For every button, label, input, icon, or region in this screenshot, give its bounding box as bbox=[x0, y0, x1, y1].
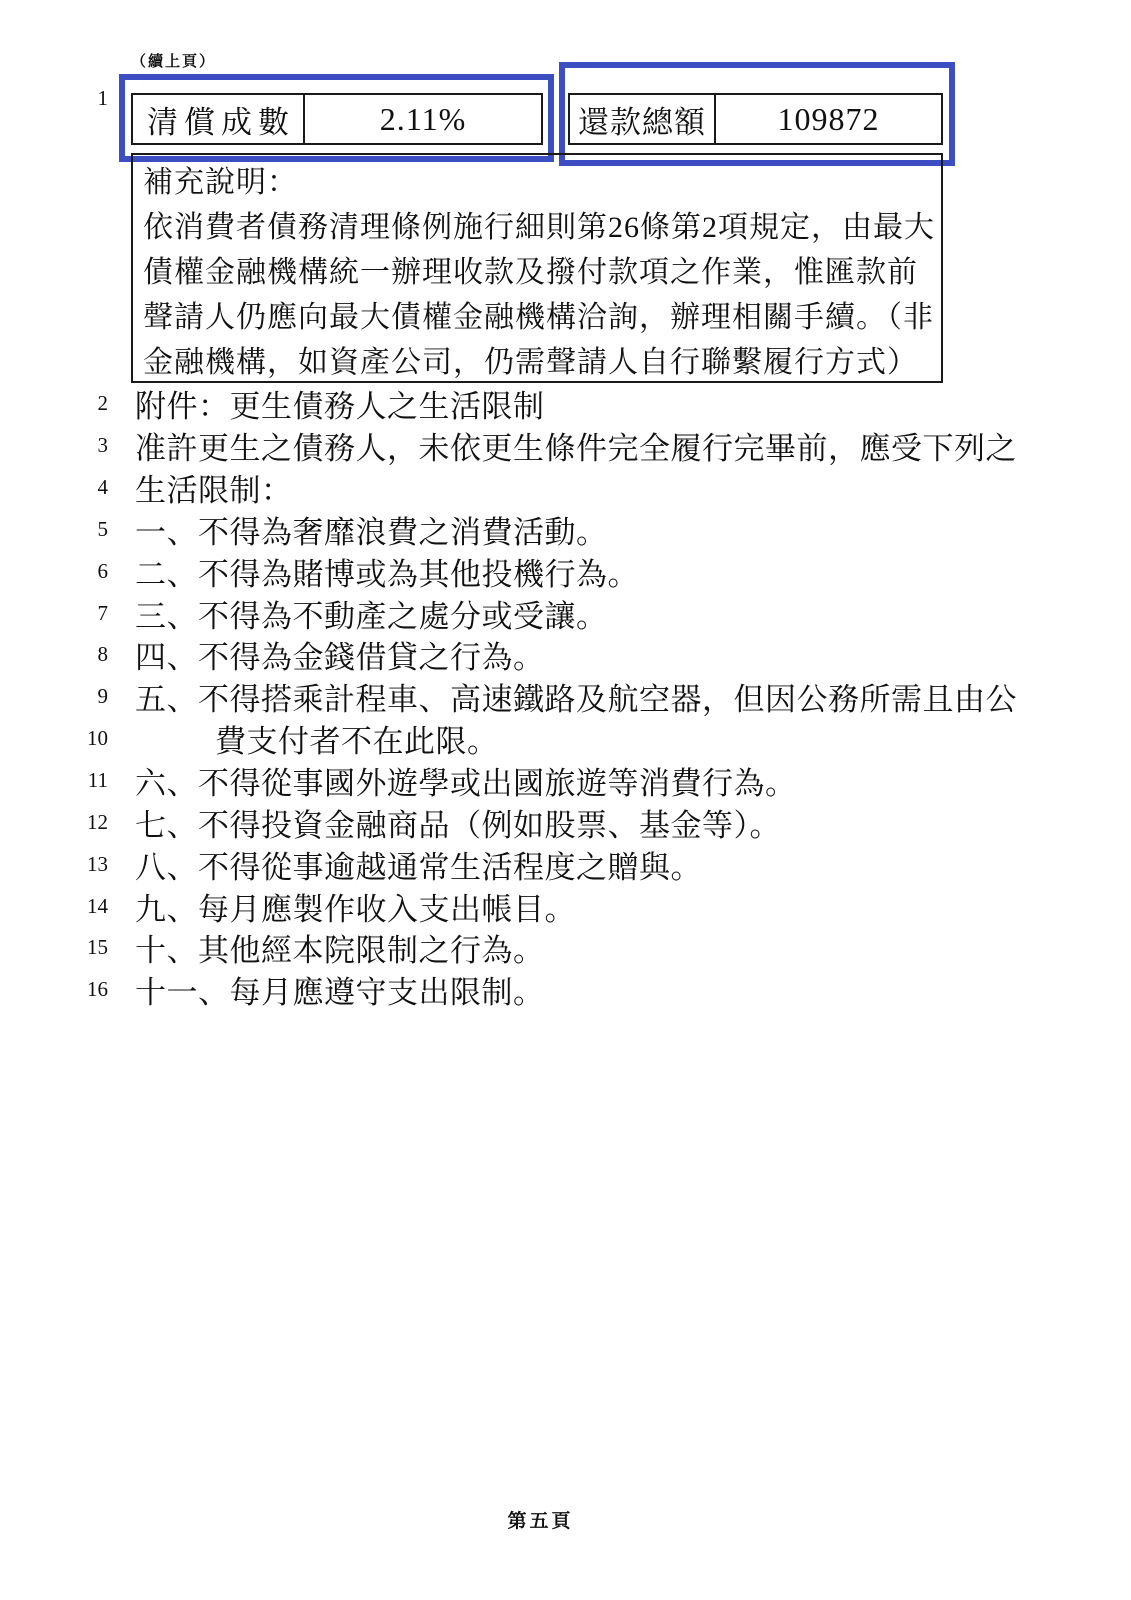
supplement-title: 補充說明： bbox=[143, 160, 933, 205]
list-row: 12 七、不得投資金融商品（例如股票、基金等）。 bbox=[0, 801, 1110, 843]
supplement-line: 聲請人仍應向最大債權金融機構洽詢，辦理相關手續。（非 bbox=[143, 295, 933, 340]
row-number: 6 bbox=[0, 559, 108, 584]
row-text: 六、不得從事國外遊學或出國旅遊等消費行為。 bbox=[135, 758, 797, 803]
row-text: 費支付者不在此限。 bbox=[215, 716, 499, 761]
repayment-total-value: 109872 bbox=[716, 95, 941, 143]
row-number: 3 bbox=[0, 433, 108, 458]
supplement-line: 金融機構，如資產公司，仍需聲請人自行聯繫履行方式） bbox=[143, 340, 933, 385]
page-footer: 第五頁 bbox=[0, 1506, 1131, 1533]
list-row: 9 五、不得搭乘計程車、高速鐵路及航空器，但因公務所需且由公 bbox=[0, 676, 1110, 718]
row-text: 三、不得為不動產之處分或受讓。 bbox=[135, 591, 608, 636]
row-text: 八、不得從事逾越通常生活程度之贈與。 bbox=[135, 842, 702, 887]
row-number: 7 bbox=[0, 601, 108, 626]
row-number: 8 bbox=[0, 642, 108, 667]
row-number: 9 bbox=[0, 684, 108, 709]
document-page: （續上頁） 1 清償成數 2.11% 還款總額 109872 補充說明： 依消費… bbox=[0, 0, 1131, 1600]
supplement-line: 債權金融機構統一辦理收款及撥付款項之作業，惟匯款前 bbox=[143, 250, 933, 295]
row-number: 2 bbox=[0, 391, 108, 416]
row-number: 11 bbox=[0, 768, 108, 793]
row-number: 15 bbox=[0, 935, 108, 960]
row-text: 九、每月應製作收入支出帳目。 bbox=[135, 884, 576, 929]
row-text: 二、不得為賭博或為其他投機行為。 bbox=[135, 549, 639, 594]
row-text: 五、不得搭乘計程車、高速鐵路及航空器，但因公務所需且由公 bbox=[135, 674, 1017, 719]
list-row: 7 三、不得為不動產之處分或受讓。 bbox=[0, 592, 1110, 634]
row-number: 12 bbox=[0, 810, 108, 835]
row-text: 准許更生之債務人，未依更生條件完全履行完畢前，應受下列之 bbox=[135, 423, 1017, 468]
supplement-line: 依消費者債務清理條例施行細則第26條第2項規定，由最大 bbox=[143, 205, 933, 250]
supplement-note-box: 補充說明： 依消費者債務清理條例施行細則第26條第2項規定，由最大 債權金融機構… bbox=[131, 153, 943, 383]
row-number: 4 bbox=[0, 475, 108, 500]
list-row: 2 附件：更生債務人之生活限制 bbox=[0, 383, 1110, 425]
row-text: 七、不得投資金融商品（例如股票、基金等）。 bbox=[135, 800, 781, 845]
row-number: 13 bbox=[0, 852, 108, 877]
row-text: 四、不得為金錢借貸之行為。 bbox=[135, 632, 545, 677]
row-number: 14 bbox=[0, 894, 108, 919]
margin-line-number: 1 bbox=[0, 86, 108, 111]
repayment-ratio-table: 清償成數 2.11% bbox=[131, 93, 543, 145]
row-text: 附件：更生債務人之生活限制 bbox=[135, 381, 545, 426]
repayment-ratio-value: 2.11% bbox=[305, 95, 541, 143]
list-row: 11 六、不得從事國外遊學或出國旅遊等消費行為。 bbox=[0, 760, 1110, 802]
row-text: 生活限制： bbox=[135, 465, 293, 510]
repayment-total-table: 還款總額 109872 bbox=[568, 93, 943, 145]
restrictions-list: 2 附件：更生債務人之生活限制 3 准許更生之債務人，未依更生條件完全履行完畢前… bbox=[0, 383, 1110, 1011]
list-row: 8 四、不得為金錢借貸之行為。 bbox=[0, 634, 1110, 676]
row-number: 10 bbox=[0, 726, 108, 751]
list-row: 14 九、每月應製作收入支出帳目。 bbox=[0, 885, 1110, 927]
list-row: 4 生活限制： bbox=[0, 467, 1110, 509]
repayment-total-label: 還款總額 bbox=[570, 95, 716, 143]
list-row: 6 二、不得為賭博或為其他投機行為。 bbox=[0, 550, 1110, 592]
list-row-continuation: 10 費支付者不在此限。 bbox=[0, 718, 1110, 760]
continuation-note: （續上頁） bbox=[131, 50, 216, 71]
repayment-ratio-label: 清償成數 bbox=[133, 95, 305, 143]
row-text: 一、不得為奢靡浪費之消費活動。 bbox=[135, 507, 608, 552]
list-row: 16 十一、每月應遵守支出限制。 bbox=[0, 969, 1110, 1011]
row-number: 5 bbox=[0, 517, 108, 542]
list-row: 15 十、其他經本院限制之行為。 bbox=[0, 927, 1110, 969]
row-text: 十、其他經本院限制之行為。 bbox=[135, 925, 545, 970]
list-row: 5 一、不得為奢靡浪費之消費活動。 bbox=[0, 509, 1110, 551]
row-number: 16 bbox=[0, 977, 108, 1002]
list-row: 13 八、不得從事逾越通常生活程度之贈與。 bbox=[0, 843, 1110, 885]
row-text: 十一、每月應遵守支出限制。 bbox=[135, 967, 545, 1012]
list-row: 3 准許更生之債務人，未依更生條件完全履行完畢前，應受下列之 bbox=[0, 425, 1110, 467]
